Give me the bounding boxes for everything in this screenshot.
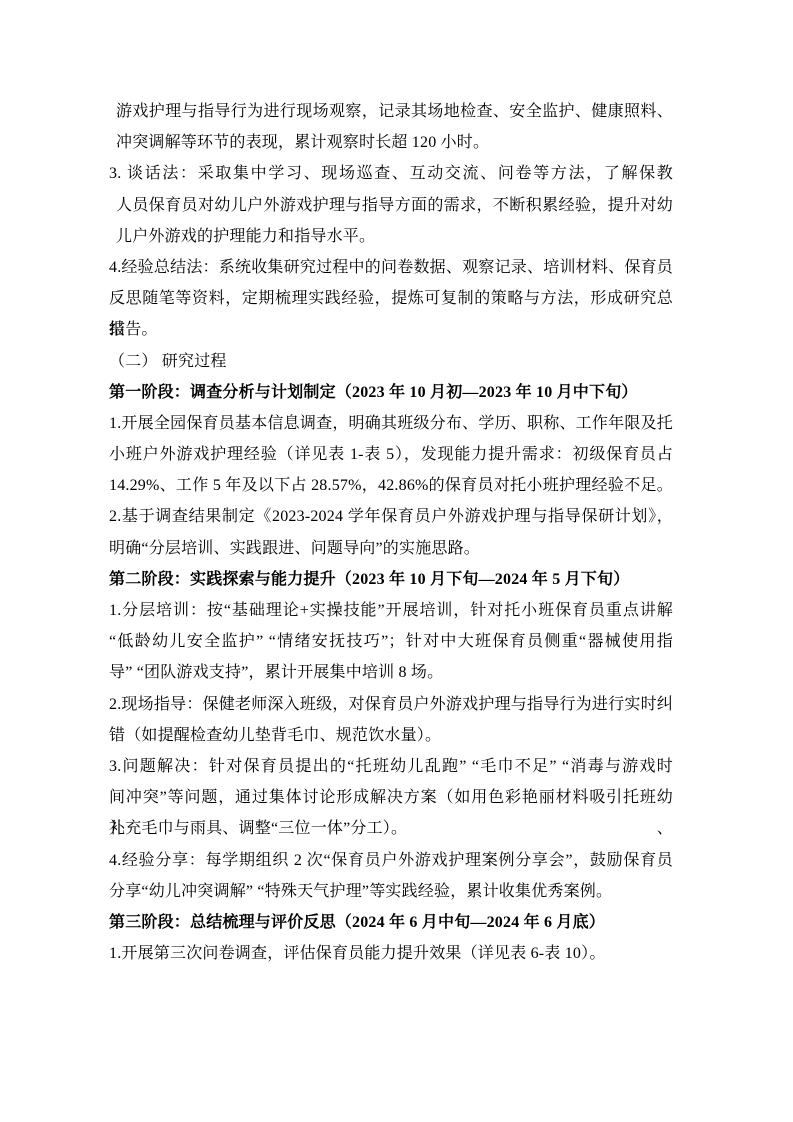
doc-line: 导” “团队游戏支持”，累计开展集中培训 8 场。 [109,657,673,688]
method-item-talk-line: 3. 谈话法：采取集中学习、现场巡查、互动交流、问卷等方法，了解保教 [109,158,673,189]
doc-line: 小班户外游戏护理经验（详见表 1-表 5），发现能力提升需求：初级保育员占 [109,439,673,470]
doc-line: 明确“分层培训、实践跟进、问题导向”的实施思路。 [109,533,673,564]
phase-2-heading: 第二阶段：实践探索与能力提升（2023 年 10 月下旬—2024 年 5 月下… [109,564,673,595]
doc-line: 1.开展全园保育员基本信息调查，明确其班级分布、学历、职称、工作年限及托 [109,408,673,439]
doc-line: 1.分层培训：按“基础理论+实操技能”开展培训，针对托小班保育员重点讲解 [109,595,673,626]
doc-line: 分享“幼儿冲突调解” “特殊天气护理”等实践经验，累计收集优秀案例。 [109,876,673,907]
phase-3-heading: 第三阶段：总结梳理与评价反思（2024 年 6 月中旬—2024 年 6 月底） [109,907,673,938]
method-item-summary-line: 4.经验总结法：系统收集研究过程中的问卷数据、观察记录、培训材料、保育员 [109,252,673,283]
doc-line: 错（如提醒检查幼儿垫背毛巾、规范饮水量）。 [109,720,673,751]
section-heading-research-process: （二） 研究过程 [109,346,673,377]
doc-line: 儿户外游戏的护理能力和指导水平。 [109,221,673,252]
doc-line: 3.问题解决：针对保育员提出的“托班幼儿乱跑” “毛巾不足” “消毒与游戏时 [109,751,673,782]
doc-line: “低龄幼儿安全监护” “情绪安抚技巧”；针对中大班保育员侧重“器械使用指 [109,626,673,657]
doc-line: 游戏护理与指导行为进行现场观察，记录其场地检查、安全监护、健康照料、 [109,96,673,127]
doc-line: 2.基于调查结果制定《2023-2024 学年保育员户外游戏护理与指导保研计划》… [109,501,673,532]
doc-line: 报告。 [109,314,673,345]
doc-line: 反思随笔等资料，定期梳理实践经验，提炼可复制的策略与方法，形成研究总结 [109,283,673,314]
phase-1-heading: 第一阶段：调查分析与计划制定（2023 年 10 月初—2023 年 10 月中… [109,377,673,408]
document-page: 游戏护理与指导行为进行现场观察，记录其场地检查、安全监护、健康照料、 冲突调解等… [0,0,793,1122]
doc-line: 14.29%、工作 5 年及以下占 28.57%，42.86%的保育员对托小班护… [109,470,673,501]
doc-line: 人员保育员对幼儿户外游戏护理与指导方面的需求，不断积累经验，提升对幼 [109,190,673,221]
doc-line: 间冲突”等问题，通过集体讨论形成解决方案（如用色彩艳丽材料吸引托班幼儿、 [109,782,673,813]
doc-line: 2.现场指导：保健老师深入班级，对保育员户外游戏护理与指导行为进行实时纠 [109,689,673,720]
doc-line: 4.经验分享：每学期组织 2 次“保育员户外游戏护理案例分享会”，鼓励保育员 [109,845,673,876]
doc-line: 冲突调解等环节的表现，累计观察时长超 120 小时。 [109,127,673,158]
doc-line: 1.开展第三次问卷调查，评估保育员能力提升效果（详见表 6-表 10）。 [109,938,673,969]
